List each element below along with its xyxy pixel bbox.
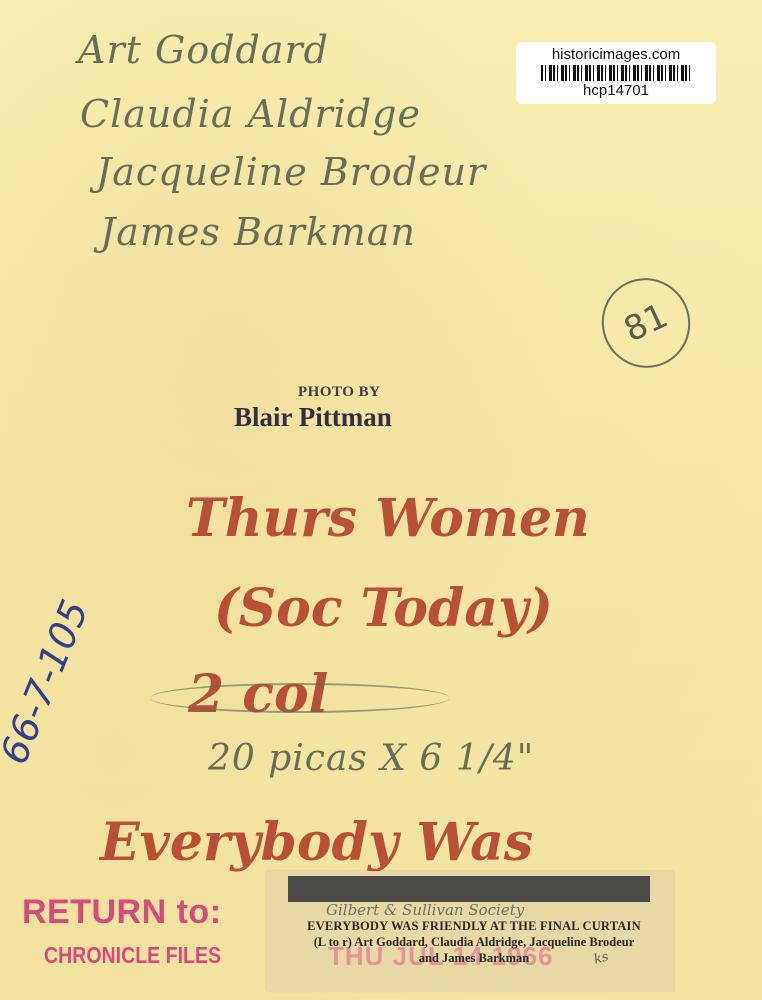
clipping-headline: EVERYBODY WAS FRIENDLY AT THE FINAL CURT… [278, 918, 670, 934]
pencil-name-2: Claudia Aldridge [80, 92, 421, 136]
barcode-icon [541, 65, 691, 81]
pencil-strikethrough [150, 683, 450, 713]
photo-credit-name: Blair Pittman [234, 402, 392, 433]
photo-credit-prefix: PHOTO BY [298, 384, 381, 401]
pencil-name-4: James Barkman [100, 210, 416, 254]
clipping-caption-line2: (L to r) Art Goddard, Claudia Aldridge, … [278, 934, 670, 950]
return-stamp-subtitle: CHRONICLE FILES [44, 942, 221, 969]
crayon-note-line4: Everybody Was [100, 812, 533, 873]
pencil-name-3: Jacqueline Brodeur [96, 150, 486, 194]
crayon-note-line1: Thurs Women [186, 488, 590, 549]
newspaper-clipping: Gilbert & Sullivan Society THU JUL 14 19… [266, 871, 674, 991]
crayon-note-line2: (Soc Today) [214, 578, 553, 639]
clipping-pencil-note: Gilbert & Sullivan Society [326, 901, 524, 919]
circled-number-text: 81 [618, 296, 674, 351]
clipping-caption-line3: and James Barkman [278, 950, 670, 966]
pencil-size-note: 20 picas X 6 1/4" [208, 738, 534, 779]
label-site: historicimages.com [516, 46, 716, 63]
clipping-caption: EVERYBODY WAS FRIENDLY AT THE FINAL CURT… [278, 918, 670, 966]
historicimages-label: historicimages.com hcp14701 [516, 42, 716, 104]
label-code: hcp14701 [516, 82, 716, 99]
pencil-name-1: Art Goddard [78, 28, 329, 72]
clipping-photo-strip [288, 876, 650, 902]
return-stamp-title: RETURN to: [22, 893, 222, 932]
